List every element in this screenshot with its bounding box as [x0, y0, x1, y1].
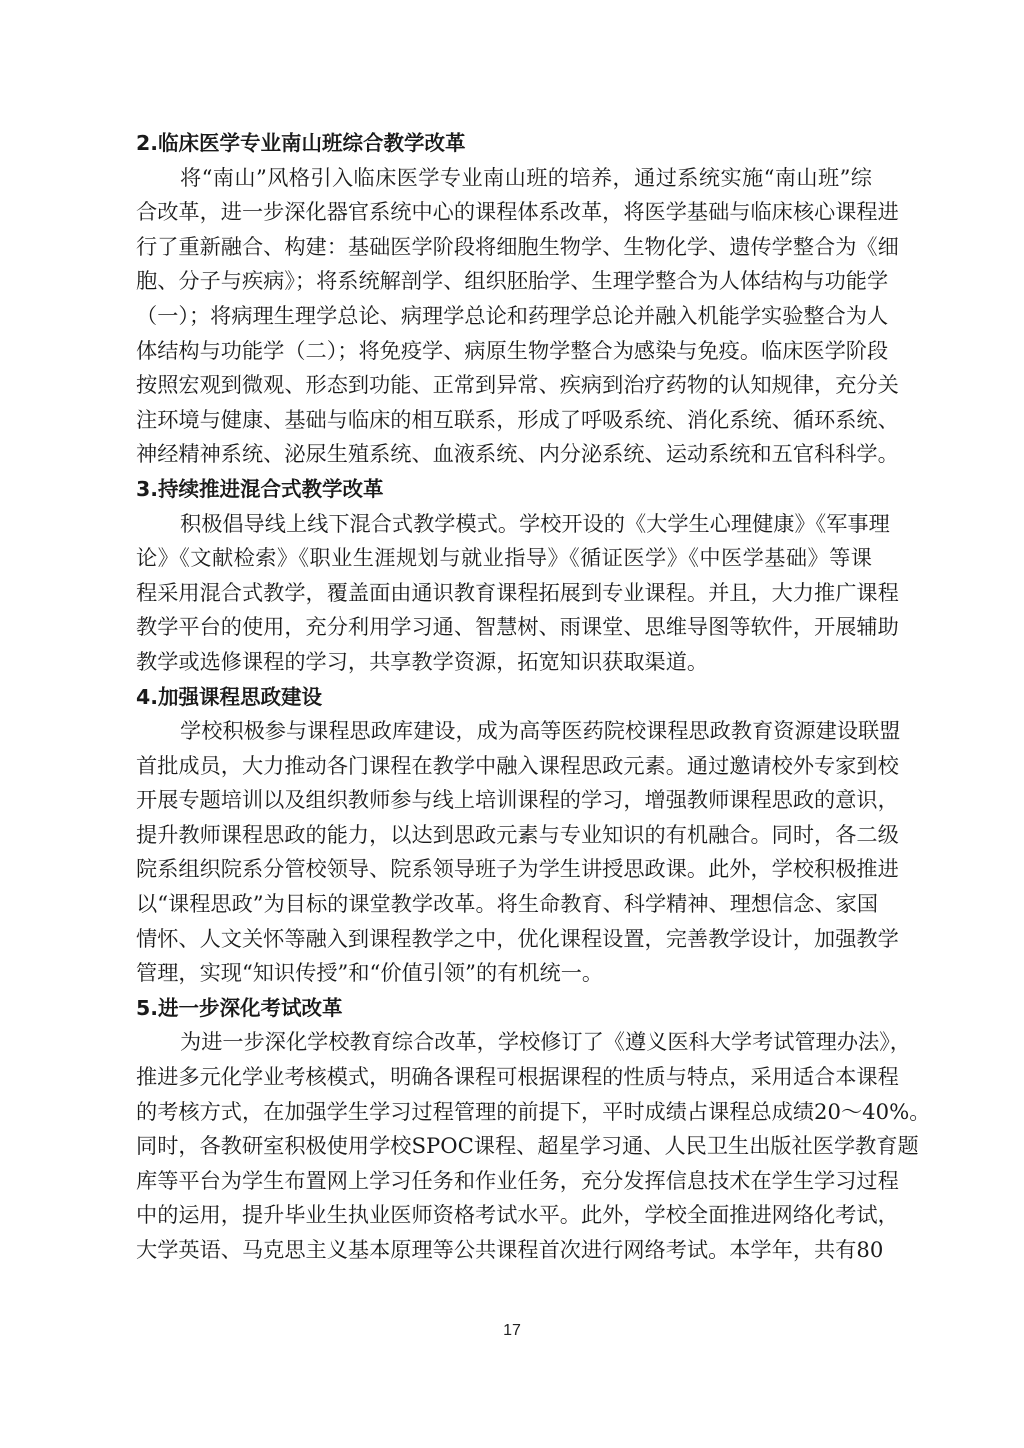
- section-3: 3.持续推进混合式教学改革 积极倡导线上线下混合式教学模式。学校开设的《大学生心…: [136, 472, 872, 680]
- section-4: 4.加强课程思政建设 学校积极参与课程思政库建设，成为高等医药院校课程思政教育资…: [136, 680, 872, 991]
- paragraph-line: 管理，实现“知识传授”和“价值引领”的有机统一。: [136, 956, 872, 991]
- paragraph-line: 院系组织院系分管校领导、院系领导班子为学生讲授思政课。此外，学校积极推进: [136, 852, 872, 887]
- section-heading: 2.临床医学专业南山班综合教学改革: [136, 126, 872, 161]
- paragraph-line: 按照宏观到微观、形态到功能、正常到异常、疾病到治疗药物的认知规律，充分关: [136, 368, 872, 403]
- paragraph-line: 情怀、人文关怀等融入到课程教学之中，优化课程设置，完善教学设计，加强教学: [136, 922, 872, 957]
- paragraph-line: 为进一步深化学校教育综合改革，学校修订了《遵义医科大学考试管理办法》，: [136, 1025, 872, 1060]
- document-body: 2.临床医学专业南山班综合教学改革 将“南山”风格引入临床医学专业南山班的培养，…: [136, 126, 872, 1268]
- paragraph-line: 注环境与健康、基础与临床的相互联系，形成了呼吸系统、消化系统、循环系统、: [136, 403, 872, 438]
- section-2: 2.临床医学专业南山班综合教学改革 将“南山”风格引入临床医学专业南山班的培养，…: [136, 126, 872, 472]
- paragraph-line: 积极倡导线上线下混合式教学模式。学校开设的《大学生心理健康》《军事理: [136, 507, 872, 542]
- paragraph-line: 推进多元化学业考核模式，明确各课程可根据课程的性质与特点，采用适合本课程: [136, 1060, 872, 1095]
- paragraph-line: 开展专题培训以及组织教师参与线上培训课程的学习，增强教师课程思政的意识，: [136, 783, 872, 818]
- paragraph-line: （一）；将病理生理学总论、病理学总论和药理学总论并融入机能学实验整合为人: [136, 299, 872, 334]
- paragraph-line: 首批成员，大力推动各门课程在教学中融入课程思政元素。通过邀请校外专家到校: [136, 749, 872, 784]
- paragraph-line: 论》《文献检索》《职业生涯规划与就业指导》《循证医学》《中医学基础》等课: [136, 541, 872, 576]
- paragraph-line: 教学平台的使用，充分利用学习通、智慧树、雨课堂、思维导图等软件，开展辅助: [136, 610, 872, 645]
- paragraph-line: 同时，各教研室积极使用学校SPOC课程、超星学习通、人民卫生出版社医学教育题: [136, 1129, 872, 1164]
- paragraph-line: 将“南山”风格引入临床医学专业南山班的培养，通过系统实施“南山班”综: [136, 161, 872, 196]
- paragraph-line: 库等平台为学生布置网上学习任务和作业任务，充分发挥信息技术在学生学习过程: [136, 1164, 872, 1199]
- paragraph-line: 中的运用，提升毕业生执业医师资格考试水平。此外，学校全面推进网络化考试，: [136, 1198, 872, 1233]
- page-number: 17: [0, 1322, 1024, 1340]
- paragraph-line: 合改革，进一步深化器官系统中心的课程体系改革，将医学基础与临床核心课程进: [136, 195, 872, 230]
- paragraph-line: 神经精神系统、泌尿生殖系统、血液系统、内分泌系统、运动系统和五官科科学。: [136, 437, 872, 472]
- section-heading: 5.进一步深化考试改革: [136, 991, 872, 1026]
- paragraph-line: 体结构与功能学（二）；将免疫学、病原生物学整合为感染与免疫。临床医学阶段: [136, 334, 872, 369]
- paragraph-line: 胞、分子与疾病》；将系统解剖学、组织胚胎学、生理学整合为人体结构与功能学: [136, 264, 872, 299]
- section-heading: 3.持续推进混合式教学改革: [136, 472, 872, 507]
- paragraph-line: 教学或选修课程的学习，共享教学资源，拓宽知识获取渠道。: [136, 645, 872, 680]
- section-heading: 4.加强课程思政建设: [136, 680, 872, 715]
- paragraph-line: 程采用混合式教学，覆盖面由通识教育课程拓展到专业课程。并且，大力推广课程: [136, 576, 872, 611]
- paragraph-line: 以“课程思政”为目标的课堂教学改革。将生命教育、科学精神、理想信念、家国: [136, 887, 872, 922]
- paragraph-line: 行了重新融合、构建：基础医学阶段将细胞生物学、生物化学、遗传学整合为《细: [136, 230, 872, 265]
- section-5: 5.进一步深化考试改革 为进一步深化学校教育综合改革，学校修订了《遵义医科大学考…: [136, 991, 872, 1268]
- paragraph-line: 学校积极参与课程思政库建设，成为高等医药院校课程思政教育资源建设联盟: [136, 714, 872, 749]
- paragraph-line: 大学英语、马克思主义基本原理等公共课程首次进行网络考试。本学年，共有80: [136, 1233, 872, 1268]
- paragraph-line: 的考核方式，在加强学生学习过程管理的前提下，平时成绩占课程总成绩20～40%。: [136, 1095, 872, 1130]
- paragraph-line: 提升教师课程思政的能力，以达到思政元素与专业知识的有机融合。同时，各二级: [136, 818, 872, 853]
